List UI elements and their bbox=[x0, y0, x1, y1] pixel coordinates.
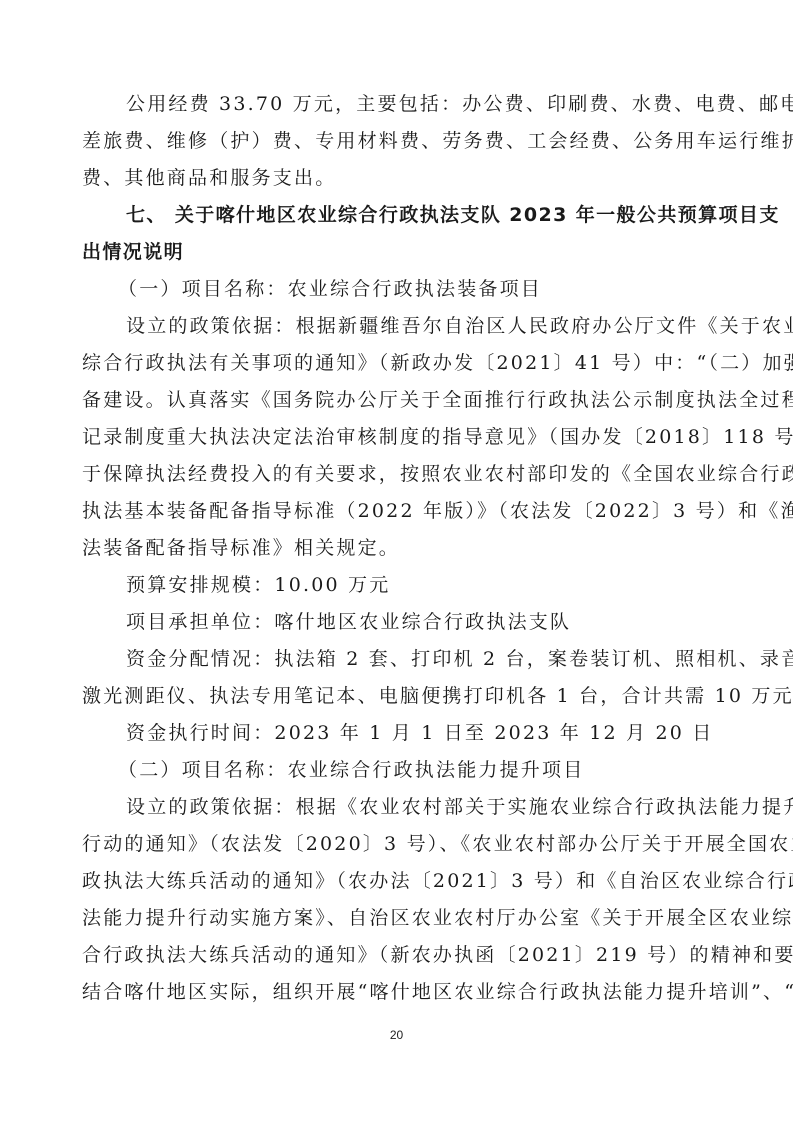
text-line: 费、其他商品和服务支出。 bbox=[82, 160, 712, 197]
project-1-period: 资金执行时间：2023 年 1 月 1 日至 2023 年 12 月 20 日 bbox=[82, 715, 712, 752]
subheading-line: （二）项目名称：农业综合行政执法能力提升项目 bbox=[82, 752, 712, 789]
text-line: 执法基本装备配备指导标准（2022 年版）》（农法发〔2022〕3 号）和《渔政… bbox=[82, 493, 712, 530]
heading-line: 七、 关于喀什地区农业综合行政执法支队 2023 年一般公共预算项目支 bbox=[82, 197, 712, 234]
text-line: 行动的通知》（农法发〔2020〕3 号）、《农业农村部办公厅关于开展全国农业行 bbox=[82, 826, 712, 863]
text-line: 项目承担单位：喀什地区农业综合行政执法支队 bbox=[82, 604, 712, 641]
project-1-budget: 预算安排规模：10.00 万元 bbox=[82, 567, 712, 604]
project-1-allocation: 资金分配情况：执法箱 2 套、打印机 2 台，案卷装订机、照相机、录音笔、 激光… bbox=[82, 641, 712, 715]
text-line: 于保障执法经费投入的有关要求，按照农业农村部印发的《全国农业综合行政 bbox=[82, 456, 712, 493]
document-page: 公用经费 33.70 万元，主要包括：办公费、印刷费、水费、电费、邮电费、 差旅… bbox=[82, 86, 712, 1011]
project-1-policy-basis: 设立的政策依据：根据新疆维吾尔自治区人民政府办公厅文件《关于农业 综合行政执法有… bbox=[82, 308, 712, 567]
text-line: 公用经费 33.70 万元，主要包括：办公费、印刷费、水费、电费、邮电费、 bbox=[82, 86, 712, 123]
text-line: 设立的政策依据：根据新疆维吾尔自治区人民政府办公厅文件《关于农业 bbox=[82, 308, 712, 345]
text-line: 法装备配备指导标准》相关规定。 bbox=[82, 530, 712, 567]
text-line: 记录制度重大执法决定法治审核制度的指导意见》（国办发〔2018〕118 号）关 bbox=[82, 419, 712, 456]
text-line: 预算安排规模：10.00 万元 bbox=[82, 567, 712, 604]
heading-line: 出情况说明 bbox=[82, 234, 712, 271]
text-line: 备建设。认真落实《国务院办公厅关于全面推行行政执法公示制度执法全过程 bbox=[82, 382, 712, 419]
project-2-policy-basis: 设立的政策依据：根据《农业农村部关于实施农业综合行政执法能力提升 行动的通知》（… bbox=[82, 789, 712, 1011]
text-line: 政执法大练兵活动的通知》（农办法〔2021〕3 号）和《自治区农业综合行政执 bbox=[82, 863, 712, 900]
text-line: 法能力提升行动实施方案》、自治区农业农村厅办公室《关于开展全区农业综 bbox=[82, 900, 712, 937]
text-line: 差旅费、维修（护）费、专用材料费、劳务费、工会经费、公务用车运行维护 bbox=[82, 123, 712, 160]
text-line: 资金执行时间：2023 年 1 月 1 日至 2023 年 12 月 20 日 bbox=[82, 715, 712, 752]
text-line: 合行政执法大练兵活动的通知》（新农办执函〔2021〕219 号）的精神和要求， bbox=[82, 937, 712, 974]
text-line: 综合行政执法有关事项的通知》（新政办发〔2021〕41 号）中：“（二）加强装 bbox=[82, 345, 712, 382]
project-1-title: （一）项目名称：农业综合行政执法装备项目 bbox=[82, 271, 712, 308]
text-line: 设立的政策依据：根据《农业农村部关于实施农业综合行政执法能力提升 bbox=[82, 789, 712, 826]
subheading-line: （一）项目名称：农业综合行政执法装备项目 bbox=[82, 271, 712, 308]
project-1-unit: 项目承担单位：喀什地区农业综合行政执法支队 bbox=[82, 604, 712, 641]
text-line: 资金分配情况：执法箱 2 套、打印机 2 台，案卷装订机、照相机、录音笔、 bbox=[82, 641, 712, 678]
section-heading: 七、 关于喀什地区农业综合行政执法支队 2023 年一般公共预算项目支 出情况说… bbox=[82, 197, 712, 271]
text-line: 激光测距仪、执法专用笔记本、电脑便携打印机各 1 台，合计共需 10 万元。 bbox=[82, 678, 712, 715]
project-2-title: （二）项目名称：农业综合行政执法能力提升项目 bbox=[82, 752, 712, 789]
page-number: 20 bbox=[0, 1028, 793, 1042]
paragraph-public-funds: 公用经费 33.70 万元，主要包括：办公费、印刷费、水费、电费、邮电费、 差旅… bbox=[82, 86, 712, 197]
text-line: 结合喀什地区实际，组织开展“喀什地区农业综合行政执法能力提升培训”、“喀 bbox=[82, 974, 712, 1011]
